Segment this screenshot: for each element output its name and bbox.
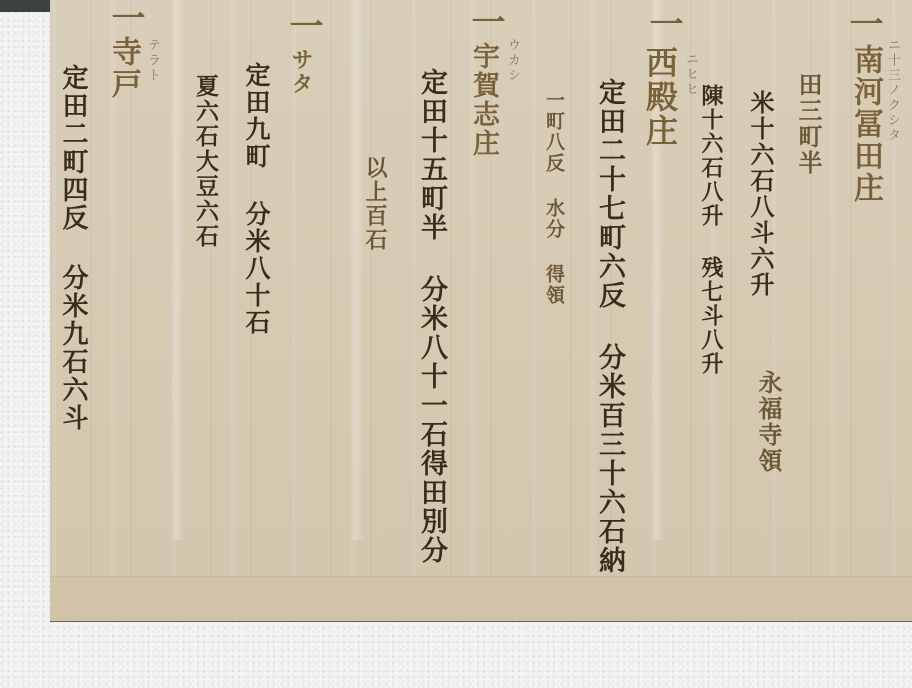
entry-line: 定田二十七町六反 分米百三十六石納	[596, 78, 623, 575]
reading-gloss: ニ十三ノクシタ	[886, 38, 899, 143]
entry-mark: 一	[846, 6, 880, 42]
entry-mark: 一	[108, 0, 142, 36]
entry-title: 寺戸	[108, 36, 138, 100]
entry-line: 一町八反 水分 得領	[544, 90, 563, 306]
entry-line: 陳十六石八升 残七斗八升	[700, 84, 722, 376]
entry-title: 宇賀志庄	[470, 42, 497, 158]
paper-crease	[170, 0, 184, 540]
entry-title: 南河冨田庄	[850, 44, 880, 204]
entry-mark: 一	[646, 6, 680, 42]
manuscript-paper: 一 南河冨田庄 ニ十三ノクシタ 田三町半 米十六石八斗六升 永福寺領 陳十六石八…	[50, 0, 912, 621]
entry-line: 夏六石大豆六石	[194, 74, 217, 249]
entry-mark: 一	[468, 4, 502, 40]
entry-mark: 一	[286, 8, 320, 44]
entry-line: 田三町半	[796, 72, 820, 176]
entry-line: 米十六石八斗六升	[748, 90, 772, 298]
paper-crease	[350, 0, 364, 540]
entry-line: 以上百石	[364, 156, 386, 252]
entry-title: 西殿庄	[644, 46, 676, 148]
entry-line: 定田十五町半 分米八十一石得田別分	[418, 68, 445, 565]
entry-line: 定田二町四反 分米九石六斗	[60, 64, 86, 432]
entry-line: 定田九町 分米八十石	[244, 62, 269, 336]
dark-border-strip	[0, 0, 52, 12]
reading-gloss: テラト	[146, 38, 159, 83]
paper-bottom-margin	[50, 576, 912, 621]
entry-title: サタ	[290, 48, 312, 96]
entry-line: 永福寺領	[756, 370, 780, 474]
reading-gloss: ウカシ	[506, 38, 519, 83]
reading-gloss: ニヒヒ	[684, 52, 697, 97]
